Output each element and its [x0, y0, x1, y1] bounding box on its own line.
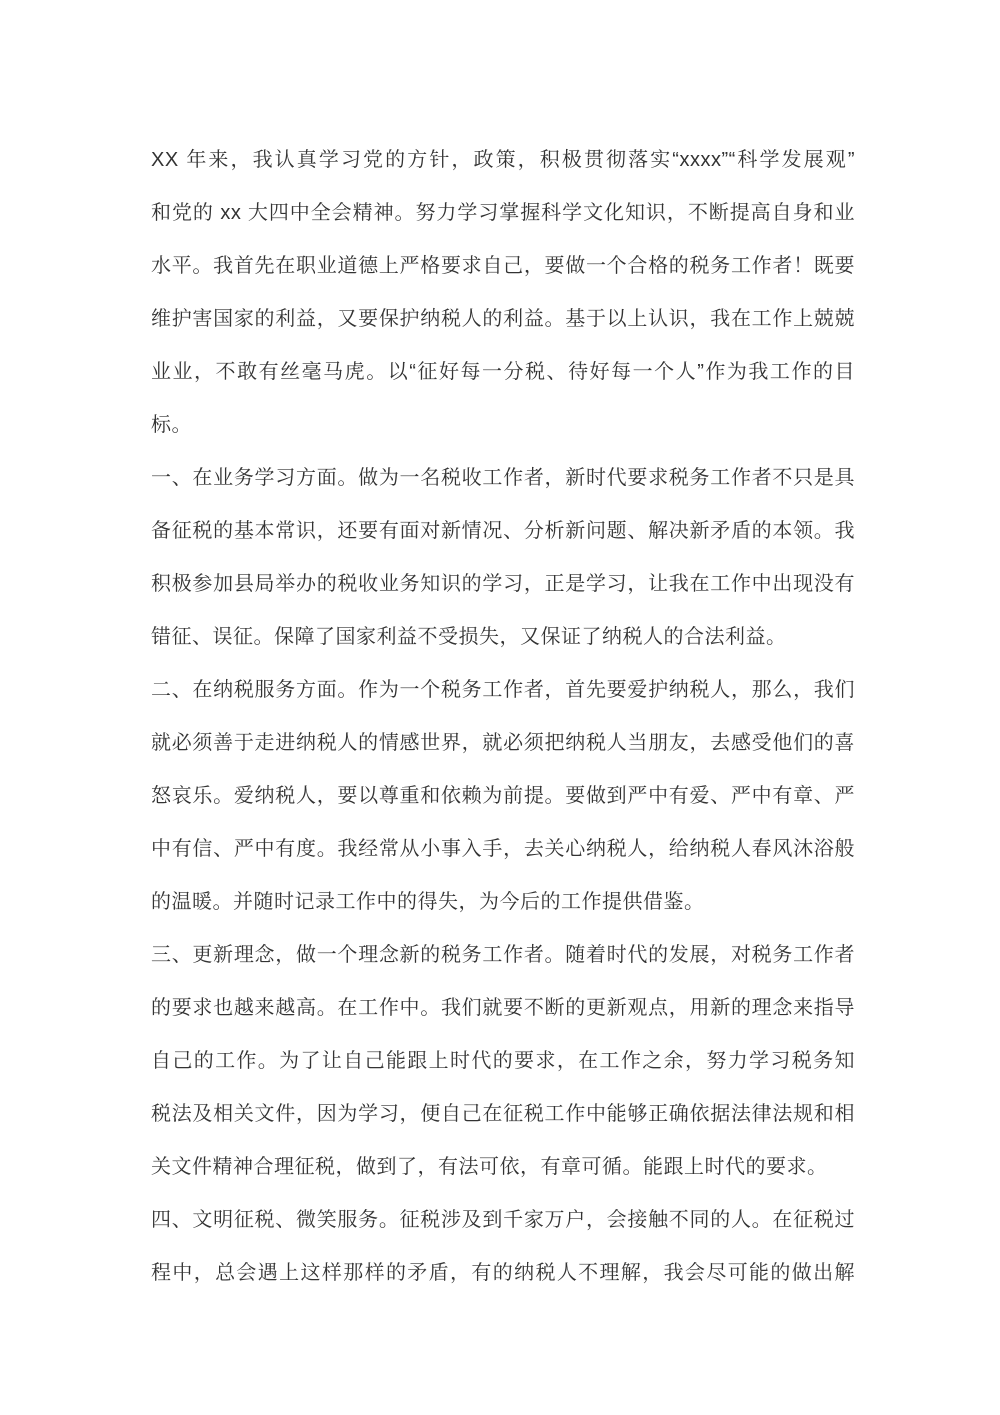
text-line: XX 年来，我认真学习党的方针，政策，积极贯彻落实“xxxx”“科学发展观”	[151, 134, 855, 187]
text-line: 备征税的基本常识，还要有面对新情况、分析新问题、解决新矛盾的本领。我	[151, 505, 855, 558]
text-line: 税法及相关文件，因为学习，便自己在征税工作中能够正确依据法律法规和相	[151, 1088, 855, 1141]
text-line: 水平。我首先在职业道德上严格要求自己，要做一个合格的税务工作者！既要	[151, 240, 855, 293]
text-line: 四、文明征税、微笑服务。征税涉及到千家万户，会接触不同的人。在征税过	[151, 1194, 855, 1247]
text-line: 三、更新理念，做一个理念新的税务工作者。随着时代的发展，对税务工作者	[151, 929, 855, 982]
text-line: 积极参加县局举办的税收业务知识的学习，正是学习，让我在工作中出现没有	[151, 558, 855, 611]
text-line: 关文件精神合理征税，做到了，有法可依，有章可循。能跟上时代的要求。	[151, 1141, 855, 1194]
text-line: 中有信、严中有度。我经常从小事入手，去关心纳税人，给纳税人春风沐浴般	[151, 823, 855, 876]
text-line: 维护害国家的利益，又要保护纳税人的利益。基于以上认识，我在工作上兢兢	[151, 293, 855, 346]
text-line: 程中，总会遇上这样那样的矛盾，有的纳税人不理解，我会尽可能的做出解释。	[151, 1247, 855, 1300]
document-body: XX 年来，我认真学习党的方针，政策，积极贯彻落实“xxxx”“科学发展观”和党…	[151, 134, 855, 1300]
text-line: 自己的工作。为了让自己能跟上时代的要求，在工作之余，努力学习税务知识，	[151, 1035, 855, 1088]
text-line: 的要求也越来越高。在工作中。我们就要不断的更新观点，用新的理念来指导	[151, 982, 855, 1035]
text-line: 就必须善于走进纳税人的情感世界，就必须把纳税人当朋友，去感受他们的喜	[151, 717, 855, 770]
text-line: 的温暖。并随时记录工作中的得失，为今后的工作提供借鉴。	[151, 876, 855, 929]
text-line: 怒哀乐。爱纳税人，要以尊重和依赖为前提。要做到严中有爱、严中有章、严	[151, 770, 855, 823]
text-line: 和党的 xx 大四中全会精神。努力学习掌握科学文化知识，不断提高自身和业务	[151, 187, 855, 240]
text-line: 一、在业务学习方面。做为一名税收工作者，新时代要求税务工作者不只是具	[151, 452, 855, 505]
text-line: 标。	[151, 399, 855, 452]
text-line: 二、在纳税服务方面。作为一个税务工作者，首先要爱护纳税人，那么，我们	[151, 664, 855, 717]
text-line: 业业，不敢有丝毫马虎。以“征好每一分税、待好每一个人”作为我工作的目	[151, 346, 855, 399]
document-page: XX 年来，我认真学习党的方针，政策，积极贯彻落实“xxxx”“科学发展观”和党…	[0, 0, 1000, 1415]
text-line: 错征、误征。保障了国家利益不受损失，又保证了纳税人的合法利益。	[151, 611, 855, 664]
